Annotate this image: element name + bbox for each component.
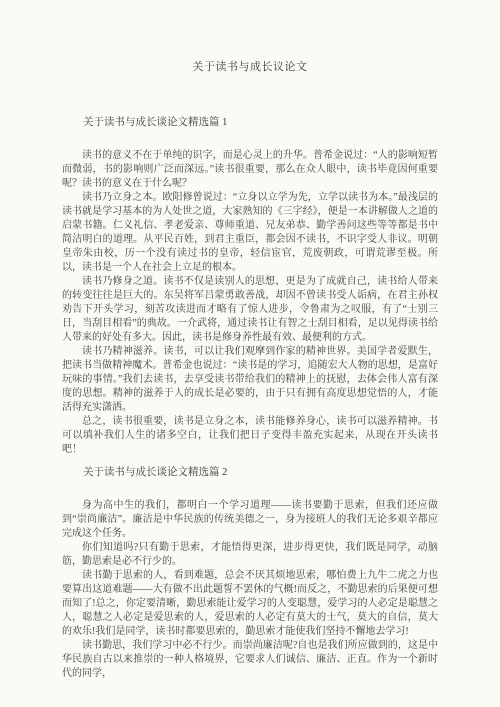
section-2-heading: 关于读书与成长谈论文精选篇 2 [62,464,438,479]
section-1-paragraph: 读书乃立身之本。欧阳修曾说过：“立身以立学为先，立学以读书为本。”最浅层的读书就… [62,191,438,275]
section-1-paragraph: 读书乃修身之道。读书不仅是读别人的思想，更是为了成就自己，读书给人带来的转变往往… [62,275,438,345]
essay-section-2: 关于读书与成长谈论文精选篇 2 身为高中生的我们，都明白一个学习道理——读书要勤… [62,464,438,681]
section-1-paragraph: 读书乃精神滋养。读书，可以让我们观摩到作家的精神世界。美国学者爱默生，把读书当做… [62,345,438,415]
section-1-paragraph: 读书的意义不在于单纯的识字，而是心灵上的升华。普希金说过：“人的影响短暂而微弱，… [62,149,438,191]
section-2-paragraph: 身为高中生的我们，都明白一个学习道理——读书要勤于思索，但我们还应做到“崇尚廉洁… [62,499,438,541]
section-2-paragraph: 读书勤于思索的人，看到难题，总会不厌其烦地思索，哪怕费上九牛二虎之力也要算出这道… [62,569,438,639]
section-2-paragraph: 你们知道吗?只有勤于思索，才能悟得更深，进步得更快，我们既是同学，动脑筋，勤思索… [62,541,438,569]
essay-section-1: 关于读书与成长谈论文精选篇 1 读书的意义不在于单纯的识字，而是心灵上的升华。普… [62,114,438,457]
document-title: 关于读书与成长议论文 [62,58,438,74]
section-1-paragraph: 总之，读书很重要，读书是立身之本，读书能修养身心，读书可以滋养精神。书可以填补我… [62,415,438,457]
section-1-heading: 关于读书与成长谈论文精选篇 1 [62,114,438,129]
document-page: 关于读书与成长议论文 关于读书与成长谈论文精选篇 1 读书的意义不在于单纯的识字… [0,0,500,707]
section-2-paragraph: 读书勤思，我们学习中必不行少。而崇尚廉洁呢?自也是我们所应做到的，这是中华民族自… [62,639,438,681]
